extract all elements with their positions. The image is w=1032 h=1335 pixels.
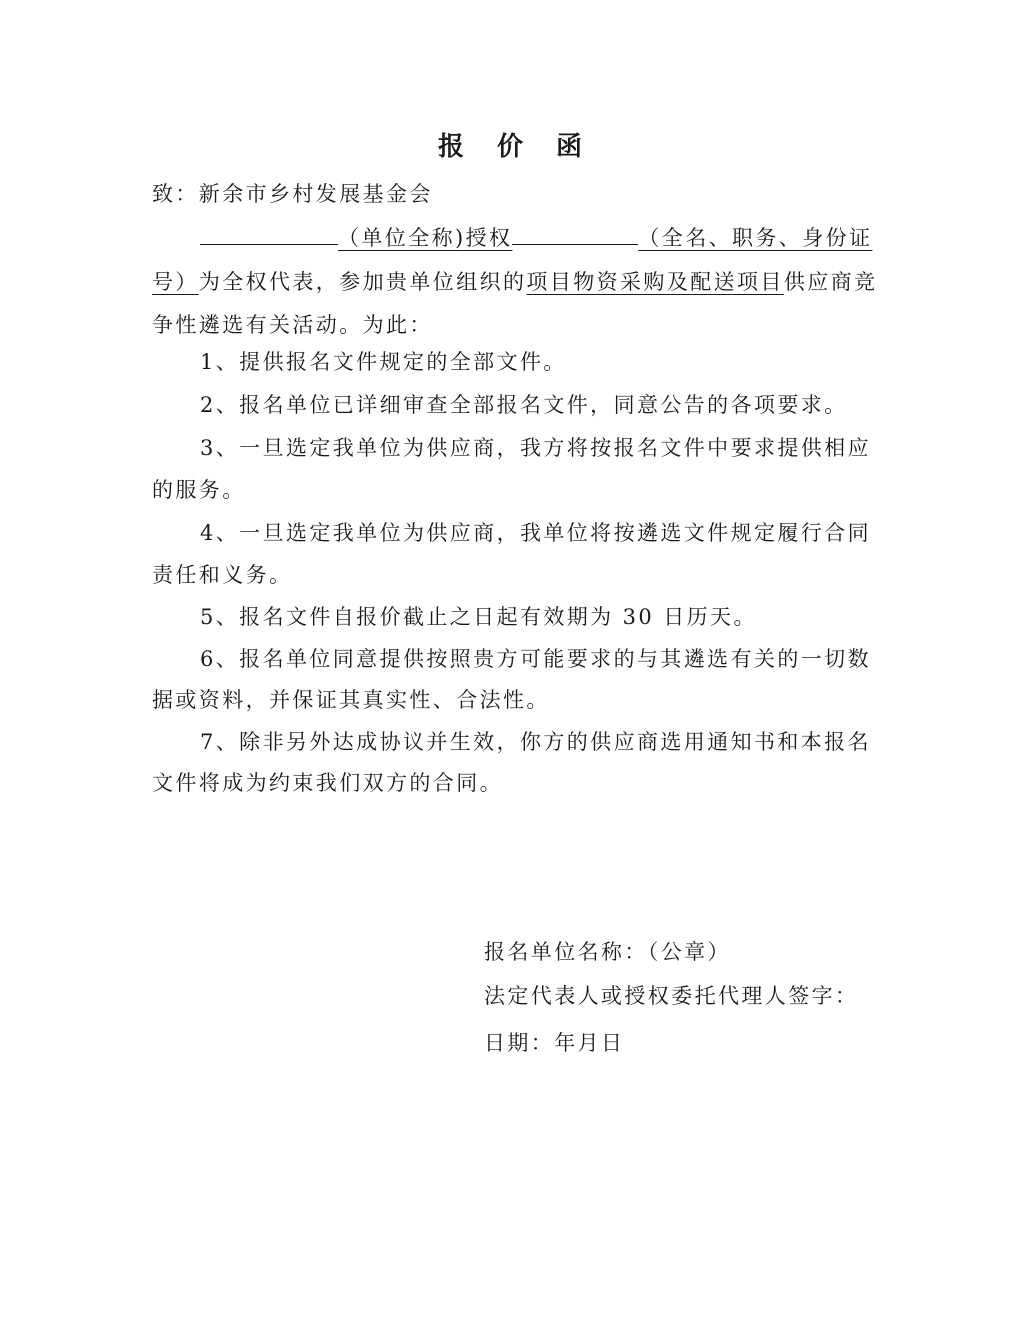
- id-number-label: 号）: [152, 270, 199, 294]
- item-number: 5、: [200, 605, 239, 629]
- item-number: 3、: [200, 436, 239, 460]
- authorization-line-2: 号）为全权代表，参加贵单位组织的项目物资采购及配送项目供应商竞: [152, 268, 882, 296]
- list-item-7: 7、除非另外达成协议并生效，你方的供应商选用通知书和本报名: [152, 728, 882, 756]
- item-number: 2、: [200, 393, 239, 417]
- list-item-4: 4、一旦选定我单位为供应商，我单位将按遴选文件规定履行合同: [152, 519, 882, 547]
- item-number: 6、: [200, 647, 239, 671]
- signature-date: 日期：年月日: [484, 1029, 624, 1057]
- item-text: 报名单位同意提供按照贵方可能要求的与其遴选有关的一切数: [239, 647, 871, 671]
- representative-blank[interactable]: [512, 224, 638, 245]
- signature-representative: 法定代表人或授权委托代理人签字：: [484, 982, 858, 1010]
- unit-name-blank[interactable]: [200, 224, 338, 245]
- item-text: 报名文件自报价截止之日起有效期为 30 日历天。: [239, 605, 757, 629]
- authorization-text: 为全权代表，参加贵单位组织的: [199, 270, 527, 294]
- authorization-line-3: 争性遴选有关活动。为此：: [152, 311, 882, 339]
- item-number: 7、: [200, 730, 239, 754]
- item-text: 一旦选定我单位为供应商，我方将按报名文件中要求提供相应: [239, 436, 871, 460]
- item-text: 一旦选定我单位为供应商，我单位将按遴选文件规定履行合同: [239, 521, 871, 545]
- list-item-4-continuation: 责任和义务。: [152, 561, 882, 589]
- list-item-3: 3、一旦选定我单位为供应商，我方将按报名文件中要求提供相应: [152, 434, 882, 462]
- list-item-1: 1、提供报名文件规定的全部文件。: [152, 348, 882, 376]
- unit-name-label: （单位全称)授权: [338, 226, 512, 250]
- item-text: 报名单位已详细审查全部报名文件，同意公告的各项要求。: [239, 393, 847, 417]
- representative-label: （全名、职务、身份证: [638, 226, 872, 250]
- item-number: 4、: [200, 521, 239, 545]
- addressee: 致：新余市乡村发展基金会: [152, 180, 882, 208]
- list-item-3-continuation: 的服务。: [152, 476, 882, 504]
- item-text: 提供报名文件规定的全部文件。: [239, 350, 567, 374]
- signature-unit-name: 报名单位名称：（公章）: [484, 938, 731, 966]
- project-name: 项目物资采购及配送项目: [526, 270, 783, 294]
- authorization-text-end: 供应商竞: [784, 270, 878, 294]
- document-title: 报 价 函: [0, 126, 1032, 163]
- list-item-2: 2、报名单位已详细审查全部报名文件，同意公告的各项要求。: [152, 391, 882, 419]
- list-item-6-continuation: 据或资料，并保证其真实性、合法性。: [152, 686, 882, 714]
- list-item-7-continuation: 文件将成为约束我们双方的合同。: [152, 769, 882, 797]
- list-item-6: 6、报名单位同意提供按照贵方可能要求的与其遴选有关的一切数: [152, 645, 882, 673]
- authorization-line-1: （单位全称)授权（全名、职务、身份证: [152, 224, 882, 252]
- list-item-5: 5、报名文件自报价截止之日起有效期为 30 日历天。: [152, 603, 882, 631]
- item-text: 除非另外达成协议并生效，你方的供应商选用通知书和本报名: [239, 730, 871, 754]
- item-number: 1、: [200, 350, 239, 374]
